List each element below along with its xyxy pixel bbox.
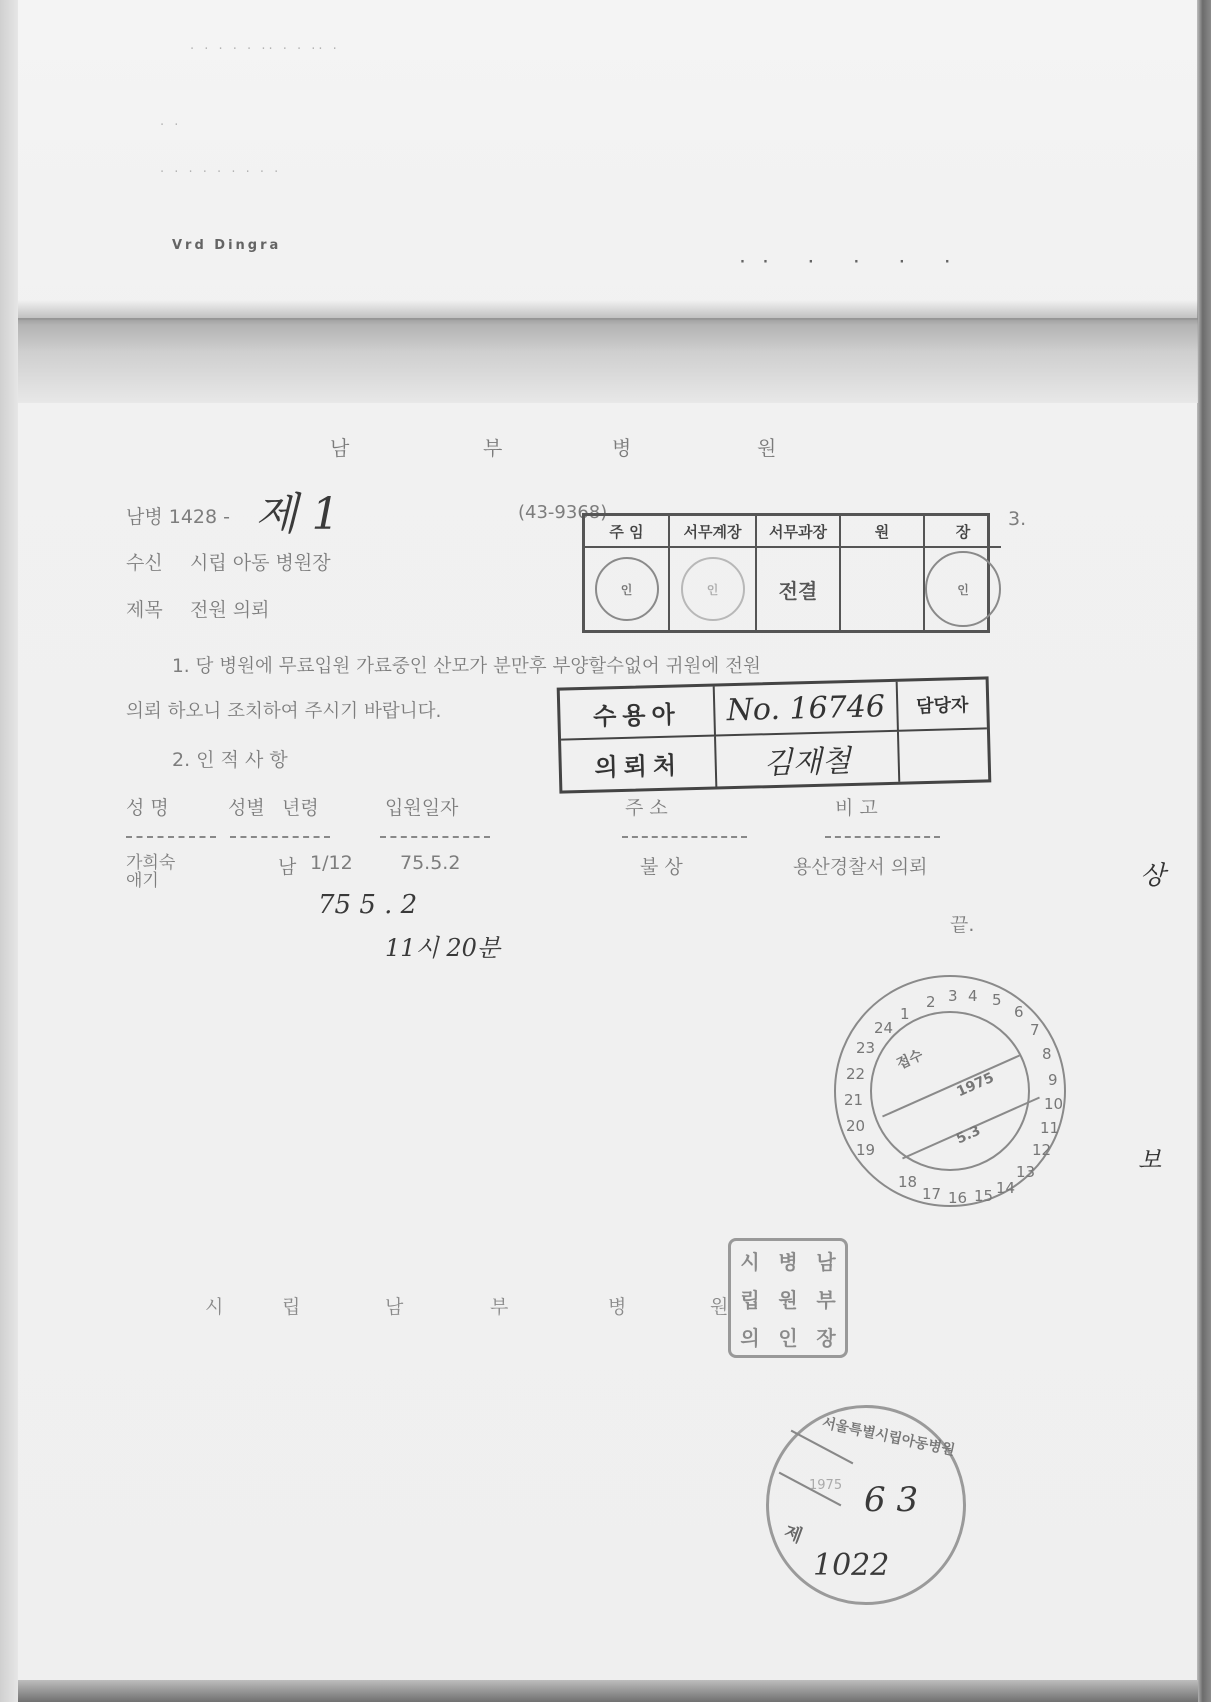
dial-number: 24: [874, 1019, 893, 1037]
dial-number: 10: [1044, 1095, 1063, 1113]
receipt-dial-postmark: 3 2 1 4 5 6 7 8 9 10 11 12 13 14 15 16 1…: [834, 975, 1066, 1207]
cell-admission-date: 75.5.2: [400, 852, 460, 874]
reception-number: No. 16746: [715, 682, 899, 737]
dial-number: 8: [1042, 1045, 1052, 1063]
approval-seal-cell: 인: [670, 548, 757, 630]
margin-mark-lower: 보: [1138, 1140, 1161, 1175]
document-page: [18, 0, 1198, 1702]
dial-number: 21: [844, 1091, 863, 1109]
footer-char: 립: [282, 1292, 300, 1319]
reception-label: 수용아: [560, 687, 716, 741]
cell-name-line-2: 애기: [126, 866, 159, 891]
dial-number: 15: [974, 1187, 993, 1205]
faded-header-line-2: · ·: [160, 118, 181, 133]
faded-header-line-4: Vrd Dingra: [172, 238, 281, 253]
approval-header: 장: [925, 516, 1001, 548]
dial-number: 9: [1048, 1071, 1058, 1089]
footer-char: 부: [490, 1292, 508, 1319]
faded-header-line-1: · · · · · ·· · · ·· ·: [190, 42, 340, 57]
seal-char: 시: [731, 1246, 769, 1275]
approval-seal-cell: 인: [925, 548, 1001, 630]
dial-number: 19: [856, 1141, 875, 1159]
footer-char: 시: [205, 1292, 223, 1319]
recipient: 시립 아동 병원장: [190, 548, 331, 575]
table-divider: [230, 836, 330, 838]
table-divider: [380, 836, 490, 838]
dial-inner-ring: [870, 1011, 1030, 1171]
scan-left-edge: [0, 0, 18, 1702]
postmark-year: 1975: [809, 1478, 842, 1493]
official-square-seal: 시 병 남 립 원 부 의 인 장: [728, 1238, 848, 1358]
dial-number: 17: [922, 1185, 941, 1203]
approval-header: 서무계장: [670, 516, 757, 548]
table-divider: [825, 836, 940, 838]
reception-empty-cell: [899, 729, 988, 781]
approval-delegated: 전결: [757, 548, 841, 630]
dial-number: 14: [996, 1179, 1015, 1197]
table-header-admission: 입원일자: [385, 793, 458, 820]
table-header-address: 주 소: [625, 793, 668, 820]
table-header-note: 비 고: [835, 793, 878, 820]
table-header-sex: 성별: [228, 793, 265, 820]
subject-label: 제목: [126, 595, 163, 622]
approval-empty-cell: [841, 548, 925, 630]
approval-header: 주 임: [585, 516, 670, 548]
seal-char: 립: [731, 1284, 769, 1313]
paragraph-1-line-2: 의뢰 하오니 조치하여 주시기 바랍니다.: [126, 697, 441, 723]
dial-number: 13: [1016, 1163, 1035, 1181]
org-title-char: 원: [757, 432, 776, 461]
paragraph-2-heading: 2. 인 적 사 항: [172, 745, 288, 772]
reception-referrer-label: 의뢰처: [561, 737, 717, 791]
dial-number: 4: [968, 987, 978, 1005]
seal-char: 원: [769, 1284, 807, 1313]
dial-number: 7: [1030, 1021, 1040, 1039]
footer-char: 남: [385, 1292, 403, 1319]
org-title-char: 병: [612, 432, 631, 461]
round-seal-icon: 인: [925, 551, 1001, 627]
dial-number: 11: [1040, 1119, 1059, 1137]
footer-char: 원: [710, 1292, 728, 1319]
page-fold-shadow: [18, 300, 1198, 320]
dial-number: 5: [992, 991, 1002, 1009]
cell-address: 불 상: [640, 852, 683, 879]
faded-header-line-3: · · · · · · · · ·: [160, 165, 281, 180]
seal-char: 부: [807, 1284, 845, 1313]
dial-number: 3: [948, 987, 958, 1005]
postmark-handwritten-number: 1022: [813, 1548, 889, 1583]
scan-right-edge: [1197, 0, 1211, 1702]
recipient-label: 수신: [126, 548, 163, 575]
seal-char: 인: [769, 1322, 807, 1351]
round-seal-icon: 인: [681, 557, 745, 621]
approval-seal-cell: 인: [585, 548, 670, 630]
cell-age: 1/12: [310, 852, 353, 874]
approval-header: 서무과장: [757, 516, 841, 548]
receiving-postmark: 서울특별시립아동병원 1975 제 6 3 1022: [766, 1405, 966, 1605]
paragraph-1-line-1: 1. 당 병원에 무료입원 가료중인 산모가 분만후 부양할수없어 귀원에 전원: [172, 652, 761, 678]
dial-number: 22: [846, 1065, 865, 1083]
table-header-age: 년령: [282, 793, 319, 820]
end-mark: 끝.: [950, 910, 974, 937]
table-header-name: 성 명: [126, 793, 169, 820]
reception-handler-name: 김재철: [716, 732, 900, 787]
org-title-char: 남: [330, 432, 349, 461]
dial-number: 16: [948, 1189, 967, 1207]
dial-number: 12: [1032, 1141, 1051, 1159]
handwritten-time: 11시 20분: [385, 928, 500, 963]
postmark-handwritten-date: 6 3: [864, 1480, 918, 1520]
dial-number: 18: [898, 1173, 917, 1191]
dial-number: 20: [846, 1117, 865, 1135]
reception-stamp: 수용아 No. 16746 담당자 의뢰처 김재철: [557, 676, 992, 793]
approval-header: 원: [841, 516, 925, 548]
postmark-side-label: 제: [781, 1518, 806, 1548]
date-suffix: 3.: [1008, 508, 1026, 530]
cell-sex: 남: [278, 852, 296, 879]
seal-char: 장: [807, 1322, 845, 1351]
table-divider: [126, 836, 216, 838]
doc-number: 남병 1428 -: [126, 502, 230, 529]
dial-number: 1: [900, 1005, 910, 1023]
subject: 전원 의뢰: [190, 595, 269, 622]
dial-number: 6: [1014, 1003, 1024, 1021]
footer-char: 병: [608, 1292, 626, 1319]
round-seal-icon: 인: [595, 557, 659, 621]
table-divider: [622, 836, 747, 838]
seal-char: 병: [769, 1246, 807, 1275]
reception-handler-label: 담당자: [898, 679, 987, 731]
doc-number-handwritten: 제 1: [255, 478, 339, 542]
approval-stamp-block: 주 임 서무계장 서무과장 원 장 인 인 전결 인: [582, 513, 990, 633]
margin-mark-upper: 상: [1140, 855, 1165, 892]
page-fold-band: [18, 318, 1198, 403]
scan-bottom-edge: [18, 1680, 1198, 1702]
faded-header-dots: ·· · · · ·: [740, 255, 968, 270]
seal-char: 남: [807, 1246, 845, 1275]
cell-note: 용산경찰서 의뢰: [793, 852, 928, 879]
org-title-char: 부: [483, 432, 502, 461]
dial-number: 23: [856, 1039, 875, 1057]
handwritten-date: 75 5 . 2: [318, 890, 417, 920]
seal-char: 의: [731, 1322, 769, 1351]
dial-number: 2: [926, 993, 936, 1011]
